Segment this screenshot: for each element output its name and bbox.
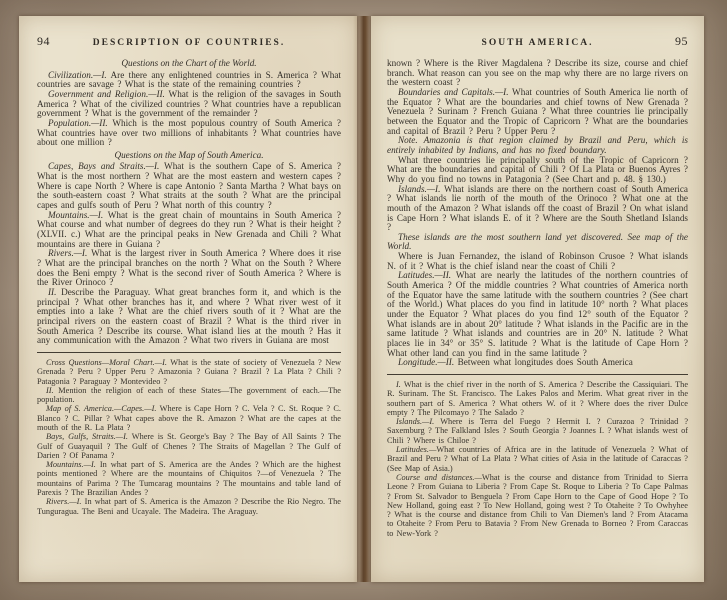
page-right-header: SOUTH AMERICA. 95 — [387, 34, 688, 49]
question-paragraph: Government and Religion.—II. What is the… — [37, 90, 341, 119]
footnote-paragraph: I. What is the chief river in the north … — [387, 380, 688, 417]
footnote-paragraph: Islands.—I. Where is Terra del Fuego ? H… — [387, 417, 688, 445]
paragraph-lead: Population.—II. — [48, 118, 108, 128]
question-paragraph: Longitude.—II. Between what longitudes d… — [387, 358, 688, 368]
question-paragraph: known ? Where is the River Magdalena ? D… — [387, 59, 688, 88]
page-right-body: known ? Where is the River Magdalena ? D… — [387, 59, 688, 368]
paragraph-text: Mention the religion of each of these St… — [37, 386, 341, 404]
footnote-paragraph: Rivers.—I. In what part of S. America is… — [37, 497, 341, 516]
question-paragraph: Rivers.—I. What is the largest river in … — [37, 249, 341, 288]
question-paragraph: Capes, Bays and Straits.—I. What is the … — [37, 162, 341, 210]
paragraph-lead: Boundaries and Capitals.—I. — [398, 87, 509, 97]
footnote-rule-right — [387, 374, 688, 375]
paragraph-text: What three countries lie principally sou… — [387, 155, 688, 184]
paragraph-lead: Rivers.—I. — [48, 248, 87, 258]
page-left-header: 94 DESCRIPTION OF COUNTRIES. — [37, 34, 341, 49]
footnote-paragraph: II. Mention the religion of each of thes… — [37, 386, 341, 405]
paragraph-lead: Map of S. America.—Capes.—I. — [46, 404, 156, 413]
paragraph-text: Between what longitudes does South Ameri… — [454, 357, 633, 367]
footnote-paragraph: Course and distances.—What is the course… — [387, 473, 688, 538]
paragraph-text: What is the course and distance from Tri… — [387, 473, 688, 538]
paragraph-lead: Islands.—I. — [398, 184, 440, 194]
paragraph-lead: Rivers.—I. — [46, 497, 82, 506]
paragraph-text: Describe the Paraguay. What great branch… — [37, 287, 341, 345]
page-left: 94 DESCRIPTION OF COUNTRIES. Questions o… — [19, 16, 357, 582]
footnote-paragraph: Mountains.—I. In what part of S. America… — [37, 460, 341, 497]
section-heading-chart: Questions on the Chart of the World. — [37, 59, 341, 69]
paragraph-lead: Cross Questions—Moral Chart.—I. — [46, 358, 167, 367]
paragraph-text: These islands are the most southern land… — [387, 232, 688, 252]
page-left-body: Questions on the Chart of the World. Civ… — [37, 59, 341, 346]
page-left-footnotes: Cross Questions—Moral Chart.—I. What is … — [37, 358, 341, 516]
paragraph-lead: Longitude.—II. — [398, 357, 454, 367]
footnote-paragraph: Map of S. America.—Capes.—I. Where is Ca… — [37, 404, 341, 432]
paragraph-text: What are nearly the latitudes of the nor… — [387, 270, 688, 357]
footnote-paragraph: Cross Questions—Moral Chart.—I. What is … — [37, 358, 341, 386]
footnote-rule-left — [37, 352, 341, 353]
paragraph-lead: Bays, Gulfs, Straits.—I. — [46, 432, 128, 441]
question-paragraph: Islands.—I. What islands are there on th… — [387, 185, 688, 233]
paragraph-lead: Islands.—I. — [396, 417, 434, 426]
footnote-paragraph: Latitudes.—What countries of Africa are … — [387, 445, 688, 473]
paragraph-text: What is the chief river in the north of … — [387, 380, 688, 417]
question-paragraph: Mountains.—I. What is the great chain of… — [37, 211, 341, 250]
page-right: SOUTH AMERICA. 95 known ? Where is the R… — [371, 16, 704, 582]
running-head-left: DESCRIPTION OF COUNTRIES. — [71, 38, 307, 48]
paragraph-lead: Latitudes.—II. — [398, 270, 451, 280]
paragraph-lead: Capes, Bays and Straits.—I. — [48, 161, 159, 171]
note-paragraph: Note. Amazonia is that region claimed by… — [387, 136, 688, 155]
running-head-right: SOUTH AMERICA. — [421, 38, 654, 48]
question-paragraph: Boundaries and Capitals.—I. What countri… — [387, 88, 688, 136]
footnote-paragraph: Bays, Gulfs, Straits.—I. Where is St. Ge… — [37, 432, 341, 460]
question-paragraph: Population.—II. Which is the most populo… — [37, 119, 341, 148]
paragraph-text: known ? Where is the River Magdalena ? D… — [387, 58, 688, 87]
question-paragraph: Latitudes.—II. What are nearly the latit… — [387, 271, 688, 358]
page-number-left: 94 — [37, 34, 71, 49]
question-paragraph: Civilization.—I. Are there any enlighten… — [37, 71, 341, 90]
book-spread: 94 DESCRIPTION OF COUNTRIES. Questions o… — [0, 0, 727, 600]
paragraph-lead: Government and Religion.—II. — [48, 89, 165, 99]
paragraph-text: Note. Amazonia is that region claimed by… — [387, 135, 688, 155]
paragraph-text: In what part of S. America is the Amazon… — [37, 497, 341, 515]
question-paragraph: Where is Juan Fernandez, the island of R… — [387, 252, 688, 271]
page-number-right: 95 — [654, 34, 688, 49]
paragraph-lead: Mountains.—I. — [48, 210, 103, 220]
paragraph-lead: II. — [46, 386, 54, 395]
note-paragraph: These islands are the most southern land… — [387, 233, 688, 252]
paragraph-lead: Civilization.—I. — [48, 70, 107, 80]
paragraph-lead: Latitudes.— — [396, 445, 436, 454]
question-paragraph: II. Describe the Paraguay. What great br… — [37, 288, 341, 346]
section-heading-map: Questions on the Map of South America. — [37, 151, 341, 161]
page-right-footnotes: I. What is the chief river in the north … — [387, 380, 688, 538]
paragraph-lead: Mountains.—I. — [46, 460, 96, 469]
question-paragraph: What three countries lie principally sou… — [387, 156, 688, 185]
paragraph-text: Where is Juan Fernandez, the island of R… — [387, 251, 688, 271]
paragraph-lead: Course and distances.— — [396, 473, 482, 482]
